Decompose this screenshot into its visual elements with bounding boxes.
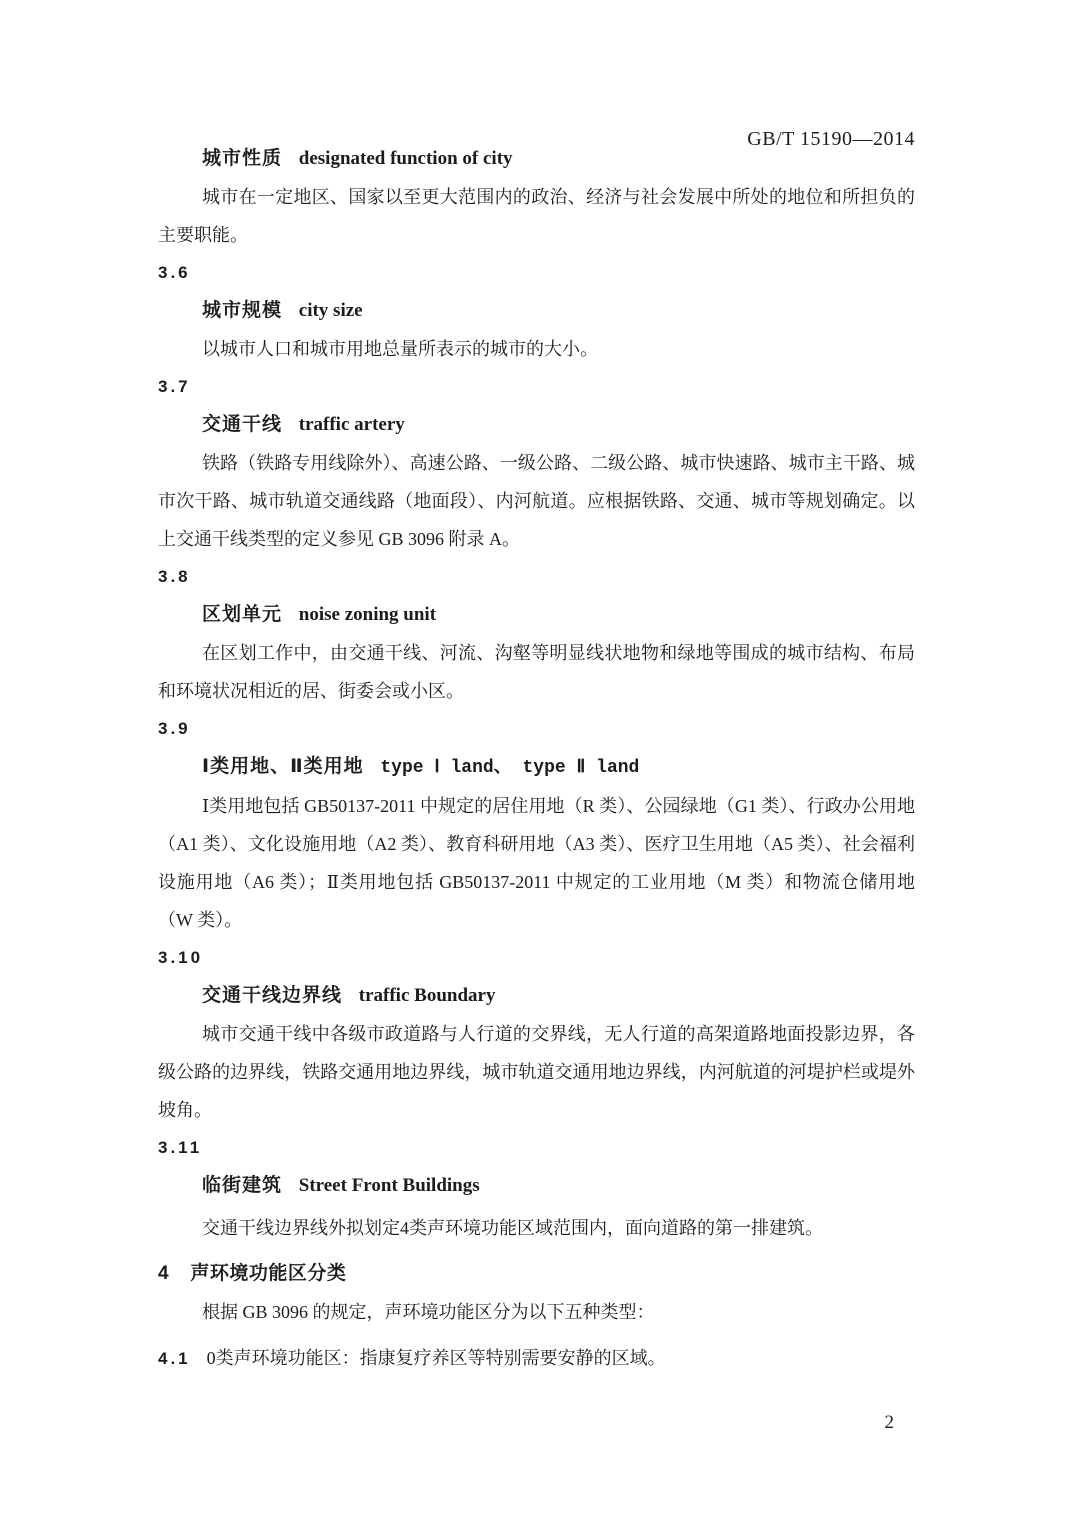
clause-3-10-definition: 城市交通干线中各级市政道路与人行道的交界线，无人行道的高架道路地面投影边界，各级… [158,1015,915,1129]
term-en-label: designated function of city [299,148,513,169]
clause-3-6-definition: 以城市人口和城市用地总量所表示的城市的大小。 [158,330,915,368]
term-zh-label: 区划单元 [202,604,282,625]
term-heading-designated-function-of-city: 城市性质 designated function of city [158,140,915,178]
term-zh-label: 城市性质 [202,148,282,169]
page-number: 2 [885,1412,895,1434]
term-en-label: traffic Boundary [359,985,496,1006]
section-4-title: 声环境功能区分类 [190,1263,346,1284]
term-en-label: type Ⅰ land、 type Ⅱ land [380,758,639,778]
clause-number-3-10: 3.10 [158,939,915,977]
term-heading-type-1-type-2-land: Ⅰ类用地、Ⅱ类用地 type Ⅰ land、 type Ⅱ land [158,748,915,787]
term-en-label: traffic artery [299,414,405,435]
clause-3-5-definition: 城市在一定地区、国家以至更大范围内的政治、经济与社会发展中所处的地位和所担负的主… [158,178,915,254]
clause-3-9-definition: Ⅰ类用地包括 GB50137-2011 中规定的居住用地（R 类）、公园绿地（G… [158,787,915,939]
clause-3-11-definition: 交通干线边界线外拟划定4类声环境功能区域范围内，面向道路的第一排建筑。 [158,1209,915,1247]
clause-number-3-9: 3.9 [158,710,915,748]
clause-number-3-8: 3.8 [158,558,915,596]
clause-3-8-definition: 在区划工作中，由交通干线、河流、沟壑等明显线状地物和绿地等围成的城市结构、布局和… [158,634,915,710]
term-zh-label: 交通干线边界线 [202,985,342,1006]
clause-3-7-definition: 铁路（铁路专用线除外）、高速公路、一级公路、二级公路、城市快速路、城市主干路、城… [158,444,915,558]
clause-number-3-7: 3.7 [158,368,915,406]
term-zh-label: 城市规模 [202,300,282,321]
page-content: 城市性质 designated function of city 城市在一定地区… [158,140,915,1378]
term-heading-traffic-boundary: 交通干线边界线 traffic Boundary [158,977,915,1015]
term-en-label: Street Front Buildings [299,1175,480,1196]
clause-4-1: 4.10类声环境功能区：指康复疗养区等特别需要安静的区域。 [158,1339,915,1378]
clause-number-3-6: 3.6 [158,254,915,292]
clause-number-4-1: 4.1 [158,1349,191,1368]
standard-document-page: GB/T 15190—2014 城市性质 designated function… [0,0,1074,1520]
section-4-number: 4 [158,1263,169,1284]
term-heading-traffic-artery: 交通干线 traffic artery [158,406,915,444]
term-heading-street-front-buildings: 临街建筑 Street Front Buildings [158,1167,915,1205]
term-en-label: city size [299,300,363,321]
clause-number-3-11: 3.11 [158,1129,915,1167]
term-heading-city-size: 城市规模 city size [158,292,915,330]
term-heading-noise-zoning-unit: 区划单元 noise zoning unit [158,596,915,634]
section-4-intro: 根据 GB 3096 的规定，声环境功能区分为以下五种类型： [158,1293,915,1331]
section-4-heading: 4 声环境功能区分类 [158,1255,915,1293]
clause-4-1-text: 0类声环境功能区：指康复疗养区等特别需要安静的区域。 [207,1348,666,1368]
term-en-label: noise zoning unit [299,604,436,625]
term-zh-label: Ⅰ类用地、Ⅱ类用地 [202,756,364,777]
term-zh-label: 临街建筑 [202,1175,282,1196]
term-zh-label: 交通干线 [202,414,282,435]
